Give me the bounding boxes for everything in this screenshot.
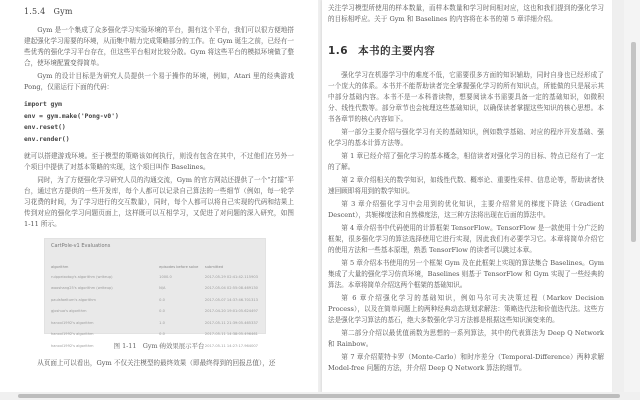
code-line: env.render() [24,134,294,146]
cell: 1.0 [159,317,205,329]
cell: gjoshua's algorithm [51,306,159,318]
section-heading-1-5-4: 1.5.4 Gym [24,6,294,17]
section-heading-1-6: 1.6本书的主要内容 [328,43,604,58]
cell: 2017-05-04 02:55:08.469130 [205,283,259,295]
document-viewer: 1.5.4 Gym Gym 是一个集成了众多强化学习实验环境的平台，拥有这个平台… [0,0,640,400]
cell: 2017-05-07 14:37:46.701313 [205,294,259,306]
vertical-scrollbar-thumb[interactable] [631,42,636,242]
cell: hanxxl1992's algorithm [51,317,159,329]
column-header: episodes before solve [159,263,205,271]
paragraph: 第 5 章介绍本书使用的另一个框架 Gym 及在此框架上实现的算法集合 Base… [328,258,604,291]
cell: 2017-04-20 19:01:05.624497 [205,306,259,318]
section-number: 1.6 [328,45,348,57]
paragraph: Gym 的设计目标是为研究人员提供一个易于操作的环境，例如，Atari 里的经典… [24,71,294,93]
code-line: env.reset() [24,122,294,134]
cell: paulsfaeltum's algorithm [51,294,159,306]
paragraph: 从页面上可以看出，Gym 不仅关注模型的最终效果（即最终得到的回报总值），还 [24,358,294,369]
cell: 2017-05-11 14:38:05.496461 [205,329,259,341]
paragraph: 第二部分介绍以最优值函数为思想的一系列算法，其中的代表算法为 Deep Q Ne… [328,328,604,350]
paragraph: 关注学习模型所使用的样本数量，而样本数量和学习时间相对应，这也和我们提到的强化学… [328,3,604,25]
horizontal-scrollbar-thumb[interactable] [18,394,620,398]
section-title: 本书的主要内容 [358,45,435,57]
page-left: 1.5.4 Gym Gym 是一个集成了众多强化学习实验环境的平台，拥有这个平台… [0,0,318,392]
cell: wooshang25's algorithm (writeup) [51,283,159,295]
code-block: import gym env = gym.make('Pong-v0') env… [24,99,294,145]
paragraph: 第 3 章介绍强化学习中会用到的优化知识，主要介绍常见的梯度下降法（Gradie… [328,199,604,221]
cell: 0.0 [159,306,205,318]
paragraph: 第 2 章介绍相关的数学知识，如线性代数、概率论、重要性采样、信息论等，帮助读者… [328,175,604,197]
table-row: paulsfaeltum's algorithm 0.0 2017-05-07 … [51,294,259,306]
evaluations-table: algorithm episodes before solve submitte… [51,263,259,352]
paragraph: 就可以搭建游戏环境。至于模型的策略该如何执行，则没有包含在其中，不过他们在另外一… [24,151,294,173]
code-line: env = gym.make('Pong-v0') [24,111,294,123]
column-header: submitted [205,263,259,271]
paragraph: 同时，为了方便强化学习研究人员的沟通交流，Gym 的官方网站还提供了一个“打擂”… [24,175,294,230]
cell: 2017-05-11 21:39:05.465337 [205,317,259,329]
cell: 0.0 [159,329,205,341]
paragraph: 强化学习在机器学习中的难度不低，它需要很多方面的知识辅助，同时自身也已经形成了一… [328,70,604,125]
column-header: algorithm [51,263,159,271]
table-header-row: algorithm episodes before solve submitte… [51,263,259,271]
cell: hanxxl1992's algorithm [51,329,159,341]
cell: 1000.0 [159,271,205,283]
page-right: 关注学习模型所使用的样本数量，而样本数量和学习时间相对应，这也和我们提到的强化学… [322,0,612,392]
code-line: import gym [24,99,294,111]
table-row: gjoshua's algorithm 0.0 2017-04-20 19:01… [51,306,259,318]
table-row: wooshang25's algorithm (writeup) N/A 201… [51,283,259,295]
table-row: hanxxl1992's algorithm 1.0 2017-05-11 21… [51,317,259,329]
figure-evaluations: CartPole-v1 Evaluations algorithm episod… [44,238,266,334]
cell: 2017-05-29 02:41:42.115903 [205,271,259,283]
paragraph: 第 6 章介绍强化学习的基础知识，例如马尔可夫决策过程（Markov Decis… [328,293,604,326]
figure-title: CartPole-v1 Evaluations [51,243,259,249]
cell: 0.0 [159,294,205,306]
paragraph: 第 7 章介绍蒙特卡罗（Monte-Carlo）和时序差分（Temporal-D… [328,352,604,374]
paragraph: 第 1 章已经介绍了强化学习的基本概念，相信读者对强化学习的目标、特点已经有了一… [328,151,604,173]
cell: N/A [159,283,205,295]
paragraph: Gym 是一个集成了众多强化学习实验环境的平台，拥有这个平台，我们可以很方便地搭… [24,25,294,69]
table-row: hanxxl1992's algorithm 0.0 2017-05-11 14… [51,329,259,341]
paragraph: 第 4 章介绍书中代码使用的计算框架 TensorFlow。TensorFlow… [328,223,604,256]
table-row: ruippeixotog's algorithm (writeup) 1000.… [51,271,259,283]
cell: ruippeixotog's algorithm (writeup) [51,271,159,283]
paragraph: 第一部分主要介绍与强化学习有关的基础知识，例如数学基础、对应的程序开发基础、强化… [328,127,604,149]
